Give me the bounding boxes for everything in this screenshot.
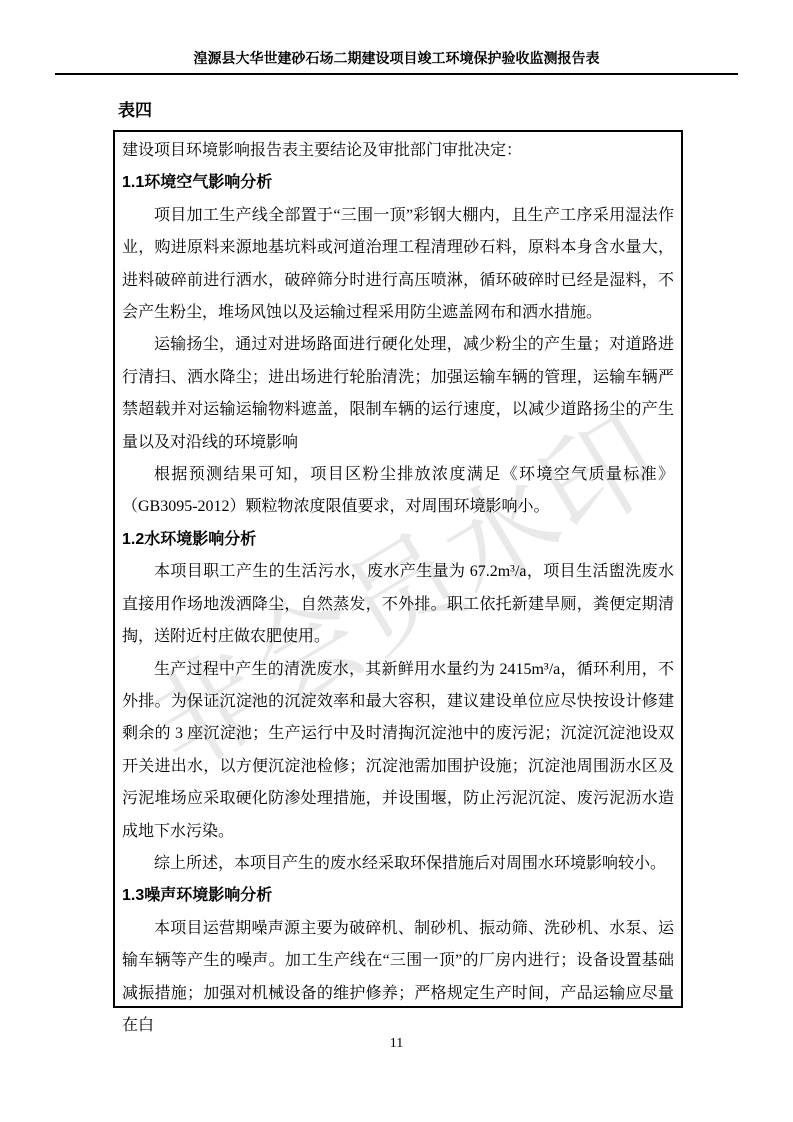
air-paragraph-transport: 运输扬尘，通过对进场路面进行硬化处理，减少粉尘的产生量；对道路进行清扫、洒水降尘…: [122, 329, 674, 459]
section-heading-water: 1.2水环境影响分析: [122, 524, 674, 556]
water-paragraph-summary: 综上所述，本项目产生的废水经采取环保措施后对周围水环境影响较小。: [122, 848, 674, 880]
document-header-title: 湟源县大华世建砂石场二期建设项目竣工环境保护验收监测报告表: [55, 48, 738, 75]
water-paragraph-domestic: 本项目职工产生的生活污水，废水产生量为 67.2m³/a，项目生活盥洗废水直接用…: [122, 556, 674, 653]
section-heading-noise: 1.3噪声环境影响分析: [122, 880, 674, 912]
page-number: 11: [0, 1036, 793, 1052]
water-paragraph-production: 生产过程中产生的清洗废水，其新鲜用水量约为 2415m³/a，循环利用，不外排。…: [122, 654, 674, 848]
air-paragraph-prediction: 根据预测结果可知，项目区粉尘排放浓度满足《环境空气质量标准》（GB3095-20…: [122, 459, 674, 524]
noise-paragraph-sources: 本项目运营期噪声源主要为破碎机、制砂机、振动筛、洗砂机、水泵、运输车辆等产生的噪…: [122, 913, 674, 1043]
section-heading-air: 1.1环境空气影响分析: [122, 167, 674, 199]
table-intro-line: 建设项目环境影响报告表主要结论及审批部门审批决定：: [122, 135, 674, 167]
conclusion-table: 建设项目环境影响报告表主要结论及审批部门审批决定： 1.1环境空气影响分析 项目…: [113, 130, 683, 1008]
table-four-label: 表四: [118, 96, 152, 121]
air-paragraph-production: 项目加工生产线全部置于“三围一顶”彩钢大棚内，且生产工序采用湿法作业，购进原料来…: [122, 200, 674, 330]
